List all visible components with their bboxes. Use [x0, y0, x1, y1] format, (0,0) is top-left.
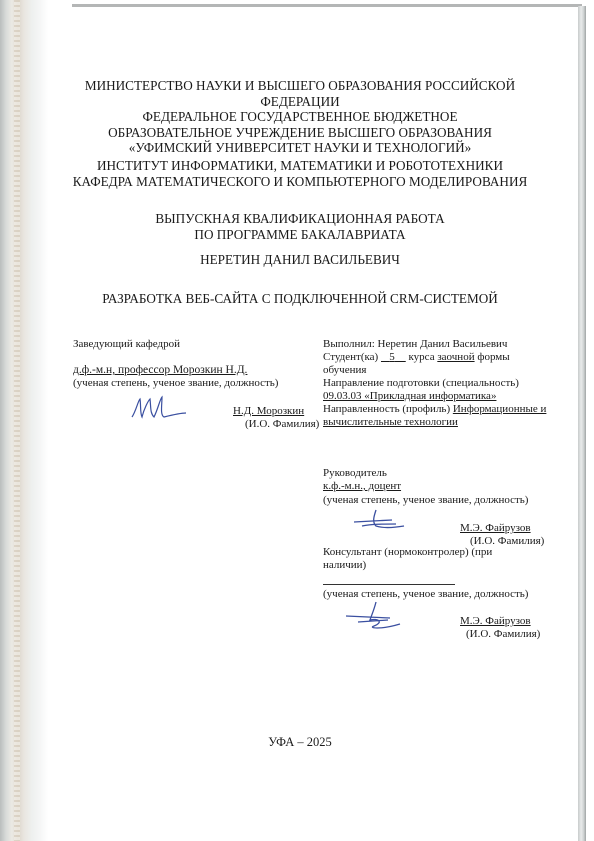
direction-value: 09.03.03 «Прикладная информатика» — [323, 390, 553, 403]
head-name: Н.Д. Морозкин — [233, 405, 304, 418]
supervisor-label: Руководитель — [323, 467, 387, 480]
sleeve-right-edge — [578, 6, 586, 841]
form-suffix: формы — [477, 351, 509, 363]
work-type-line-1: ВЫПУСКНАЯ КВАЛИФИКАЦИОННАЯ РАБОТА — [60, 211, 540, 227]
binder-sleeve-left — [0, 0, 48, 841]
institution-line-3: «УФИМСКИЙ УНИВЕРСИТЕТ НАУКИ И ТЕХНОЛОГИЙ… — [60, 140, 540, 156]
ministry-line-2: ФЕДЕРАЦИИ — [60, 94, 540, 110]
work-type: ВЫПУСКНАЯ КВАЛИФИКАЦИОННАЯ РАБОТА ПО ПРО… — [60, 211, 540, 242]
student-block: Выполнил: Неретин Данил Васильевич Студе… — [323, 338, 553, 429]
consultant-label-1: Консультант (нормоконтролер) (при — [323, 546, 492, 559]
consultant-label: Консультант (нормоконтролер) (при наличи… — [323, 546, 492, 572]
institute-name: ИНСТИТУТ ИНФОРМАТИКИ, МАТЕМАТИКИ И РОБОТ… — [60, 158, 540, 174]
profile-label: Направленность (профиль) — [323, 403, 450, 415]
profile-value-1: Информационные и — [453, 403, 547, 415]
profile-line: Направленность (профиль) Информационные … — [323, 403, 553, 416]
work-title: РАЗРАБОТКА ВЕБ-САЙТА С ПОДКЛЮЧЕННОЙ CRM-… — [60, 291, 540, 307]
consultant-signature — [344, 600, 408, 632]
supervisor-signature — [352, 508, 412, 534]
institution-line-2: ОБРАЗОВАТЕЛЬНОЕ УЧРЕЖДЕНИЕ ВЫСШЕГО ОБРАЗ… — [60, 125, 540, 141]
form-suffix-2: обучения — [323, 364, 553, 377]
supervisor-degree-caption: (ученая степень, ученое звание, должност… — [323, 494, 528, 507]
department-name: КАФЕДРА МАТЕМАТИЧЕСКОГО И КОМПЬЮТЕРНОГО … — [60, 174, 540, 190]
institution-line-1: ФЕДЕРАЛЬНОЕ ГОСУДАРСТВЕННОЕ БЮДЖЕТНОЕ — [60, 109, 540, 125]
course-label: курса — [408, 351, 434, 363]
head-degree: д.ф.-м.н, профессор Морозкин Н.Д. — [73, 364, 247, 377]
work-type-line-2: ПО ПРОГРАММЕ БАКАЛАВРИАТА — [60, 227, 540, 243]
head-of-department-label: Заведующий кафедрой — [73, 338, 180, 351]
sleeve-top-edge — [72, 4, 582, 7]
profile-value-2: вычислительные технологии — [323, 416, 553, 429]
study-form: заочной — [437, 351, 474, 363]
course-field: 5 — [381, 351, 406, 363]
head-signature — [128, 393, 188, 423]
consultant-label-2: наличии) — [323, 559, 492, 572]
consultant-degree-line — [323, 584, 455, 585]
student-prefix: Студент(ка) — [323, 351, 378, 363]
consultant-name-caption: (И.О. Фамилия) — [466, 628, 540, 641]
ministry-heading: МИНИСТЕРСТВО НАУКИ И ВЫСШЕГО ОБРАЗОВАНИЯ… — [60, 78, 540, 156]
ministry-line-1: МИНИСТЕРСТВО НАУКИ И ВЫСШЕГО ОБРАЗОВАНИЯ… — [60, 78, 540, 94]
course-value: 5 — [389, 351, 395, 363]
direction-label: Направление подготовки (специальность) — [323, 377, 553, 390]
head-name-caption: (И.О. Фамилия) — [245, 418, 319, 431]
performed-by: Выполнил: Неретин Данил Васильевич — [323, 338, 553, 351]
city-year: УФА – 2025 — [60, 735, 540, 751]
supervisor-name: М.Э. Файрузов — [460, 522, 531, 535]
institute-heading: ИНСТИТУТ ИНФОРМАТИКИ, МАТЕМАТИКИ И РОБОТ… — [60, 158, 540, 189]
supervisor-degree: к.ф.-м.н., доцент — [323, 480, 401, 493]
course-line: Студент(ка) 5 курса заочной формы — [323, 351, 553, 364]
consultant-name: М.Э. Файрузов — [460, 615, 531, 628]
author-name: НЕРЕТИН ДАНИЛ ВАСИЛЬЕВИЧ — [60, 252, 540, 268]
head-degree-caption: (ученая степень, ученое звание, должност… — [73, 377, 278, 390]
